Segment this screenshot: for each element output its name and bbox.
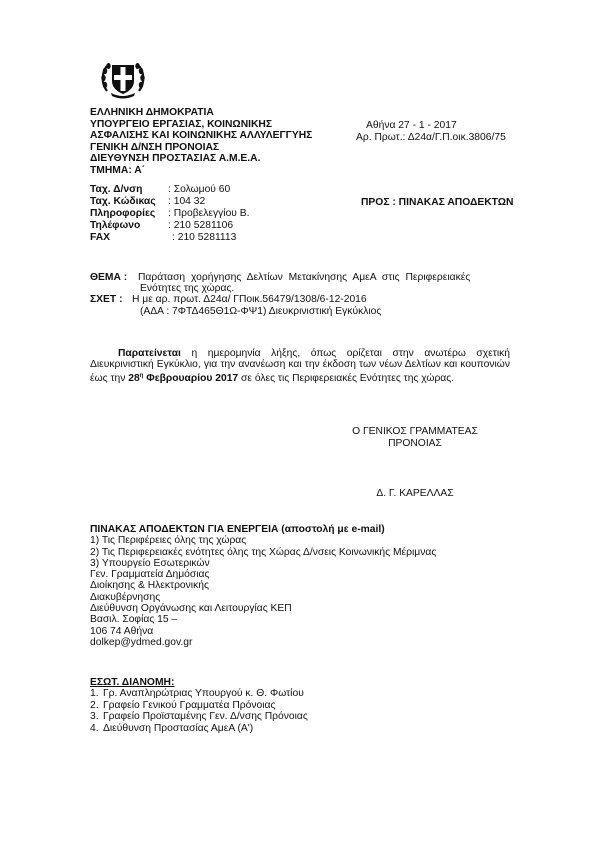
header-line: ΑΣΦΑΛΙΣΗΣ ΚΑΙ ΚΟΙΝΩΝΙΚΗΣ ΑΛΛΥΛΕΓΓΥΗΣ [90,130,312,142]
subject-label: ΘΕΜΑ : [90,272,138,283]
addressee: ΠΡΟΣ : ΠΙΝΑΚΑΣ ΑΠΟΔΕΚΤΩΝ [361,197,513,208]
signatory-name: Δ. Γ. ΚΑΡΕΛΛΑΣ [330,488,500,499]
deadline-month: Φεβρουαρίου 2017 [143,373,238,384]
deadline-day: 28 [128,373,139,384]
subject-text: Παράταση χορήγησης Δελτίων Μετακίνησης Α… [138,272,470,283]
recipients-title: ΠΙΝΑΚΑΣ ΑΠΟΔΕΚΤΩΝ ΓΙΑ ΕΝΕΡΓΕΙΑ (αποστολή… [90,524,436,535]
date-protocol-block: Αθήνα 27 - 1 - 2017 Αρ. Πρωτ.: Δ24α/Γ.Π.… [356,120,506,143]
list-item-text: Διεύθυνση Προστασίας ΑμεΑ (Α') [103,723,253,734]
list-item-text: Γρ. Αναπληρώτριας Υπουργού κ. Θ. Φωτίου [103,688,304,699]
contact-label: Τηλέφωνο [90,220,168,232]
contact-value: : 104 32 [168,196,205,208]
header-line: ΕΛΛΗΝΙΚΗ ΔΗΜΟΚΡΑΤΙΑ [90,107,312,119]
contact-phone: Τηλέφωνο : 210 5281106 [90,220,250,232]
contact-fax: FAX : 210 5281113 [90,232,250,244]
recipient-line: 2) Τις Περιφερειακές ενότητες όλης της Χ… [90,547,436,558]
reference-text-continued: (ΑΔΑ : 7ΦΤΔ465Θ1Ω-ΦΨ1) Διευκρινιστική Εγ… [90,306,510,317]
contact-label: Ταχ. Κώδικας [90,196,168,208]
contact-value: : 210 5281106 [168,220,233,232]
header-line: ΔΙΕΥΘΥΝΣΗ ΠΡΟΣΤΑΣΙΑΣ Α.Μ.Ε.Α. [90,153,312,165]
protocol-number: Αρ. Πρωτ.: Δ24α/Γ.Π.οικ.3806/75 [356,132,506,144]
recipient-line: Διακυβέρνησης [90,592,436,603]
recipients-list: ΠΙΝΑΚΑΣ ΑΠΟΔΕΚΤΩΝ ΓΙΑ ΕΝΕΡΓΕΙΑ (αποστολή… [90,524,436,648]
list-item: 4.Διεύθυνση Προστασίας ΑμεΑ (Α') [90,723,308,734]
internal-distribution-title: ΕΣΩΤ. ΔΙΑΝΟΜΗ: [90,677,308,688]
header-line: ΤΜΗΜΑ: Α΄ [90,165,312,177]
body-bold-start: Παρατείνεται [118,348,181,359]
body-paragraph: Παρατείνεται η ημερομηνία λήξης, όπως ορ… [90,348,510,384]
contact-label: Ταχ. Δ/νση [90,184,168,196]
list-item-number: 3. [90,711,103,722]
recipient-line: Γεν. Γραμματεία Δημόσιας [90,569,436,580]
signature-title-line: Ο ΓΕΝΙΚΟΣ ΓΡΑΜΜΑΤΕΑΣ [330,426,500,438]
contact-value: : Σολωμού 60 [168,184,230,196]
recipient-line: 106 74 Αθήνα [90,626,436,637]
list-item: 2.Γραφείο Γενικού Γραμματέα Πρόνοιας [90,700,308,711]
list-item-text: Γραφείο Γενικού Γραμματέα Πρόνοιας [103,700,275,711]
contact-info: Πληροφορίες : Προβελεγγίου Β. [90,208,250,220]
contact-address: Ταχ. Δ/νση : Σολωμού 60 [90,184,250,196]
recipient-line: Διοίκησης & Ηλεκτρονικής [90,580,436,591]
list-item-text: Γραφείο Προϊσταμένης Γεν. Δ/νσης Πρόνοια… [103,711,308,722]
list-item-number: 1. [90,688,103,699]
recipient-line: Βασιλ. Σοφίας 15 – [90,614,436,625]
list-item-number: 4. [90,723,103,734]
header-line: ΓΕΝΙΚΗ Δ/ΝΣΗ ΠΡΟΝΟΙΑΣ [90,142,312,154]
contact-label: Πληροφορίες [90,208,168,220]
recipient-line: 1) Τις Περιφέρειες όλης της χώρας [90,535,436,546]
contact-value: : Προβελεγγίου Β. [168,208,250,220]
document-date: Αθήνα 27 - 1 - 2017 [356,120,506,132]
recipient-email: dolkep@ydmed.gov.gr [90,637,436,648]
ministry-header: ΕΛΛΗΝΙΚΗ ΔΗΜΟΚΡΑΤΙΑ ΥΠΟΥΡΓΕΙΟ ΕΡΓΑΣΙΑΣ, … [90,107,312,177]
recipient-line: Διεύθυνση Οργάνωσης και Λειτουργίας ΚΕΠ [90,603,436,614]
header-line: ΥΠΟΥΡΓΕΙΟ ΕΡΓΑΣΙΑΣ, ΚΟΙΝΩΝΙΚΗΣ [90,119,312,131]
reference-label: ΣΧΕΤ : [90,294,132,305]
subject-block: ΘΕΜΑ : Παράταση χορήγησης Δελτίων Μετακί… [90,272,510,317]
subject-text-continued: Ενότητες της χώρας. [90,283,510,294]
reference-text: Η με αρ. πρωτ. Δ24α/ ΓΠοικ.56479/1308/6-… [132,294,367,305]
contact-label: FAX [90,232,172,244]
signature-title-line: ΠΡΟΝΟΙΑΣ [330,438,500,450]
list-item: 3.Γραφείο Προϊσταμένης Γεν. Δ/νσης Πρόνο… [90,711,308,722]
list-item-number: 2. [90,700,103,711]
body-text-end: σε όλες τις Περιφερειακές Ενότητες της χ… [238,373,454,384]
list-item: 1.Γρ. Αναπληρώτριας Υπουργού κ. Θ. Φωτίο… [90,688,308,699]
internal-distribution: ΕΣΩΤ. ΔΙΑΝΟΜΗ: 1.Γρ. Αναπληρώτριας Υπουρ… [90,677,308,734]
signature-title: Ο ΓΕΝΙΚΟΣ ΓΡΑΜΜΑΤΕΑΣ ΠΡΟΝΟΙΑΣ [330,426,500,449]
contact-value: : 210 5281113 [172,232,236,244]
contact-details: Ταχ. Δ/νση : Σολωμού 60 Ταχ. Κώδικας : 1… [90,184,250,244]
recipient-line: 3) Υπουργείο Εσωτερικών [90,558,436,569]
contact-postcode: Ταχ. Κώδικας : 104 32 [90,196,250,208]
greek-coat-of-arms-icon [97,55,149,103]
